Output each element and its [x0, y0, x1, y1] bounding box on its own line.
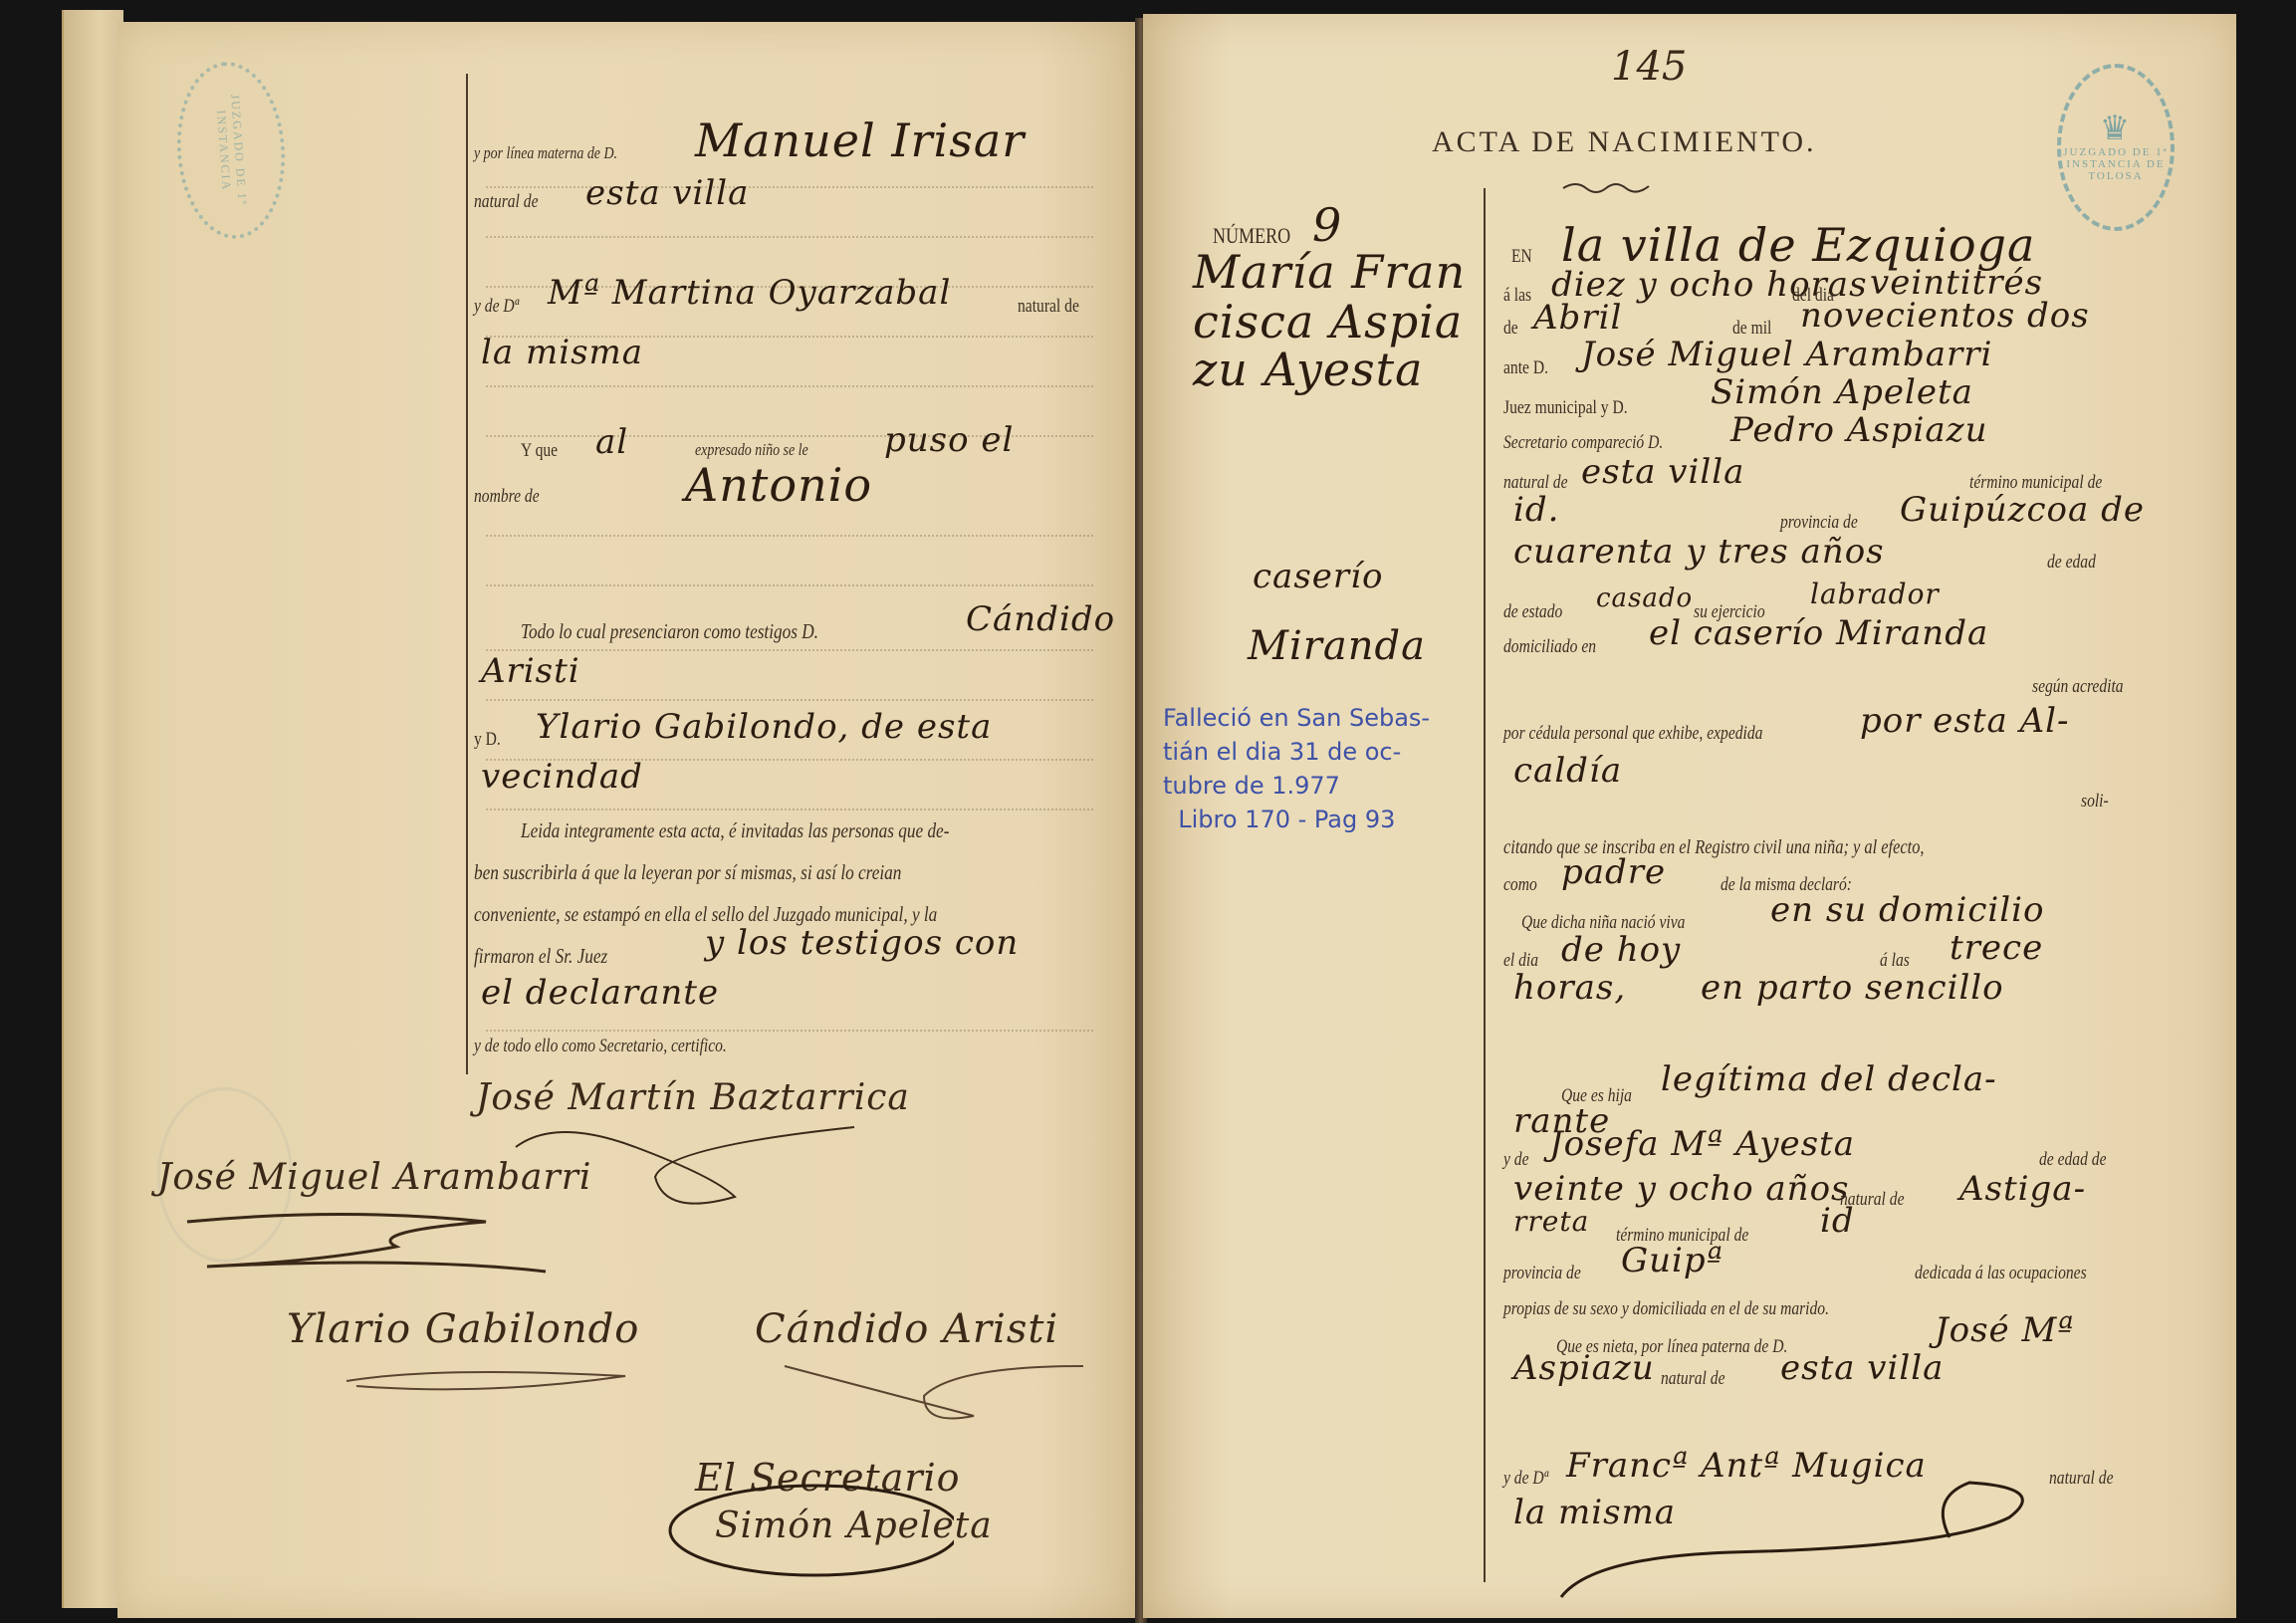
handwritten-entry: cuarenta y tres años: [1513, 532, 1885, 572]
handwritten-entry: Guipª: [1621, 1241, 1723, 1280]
handwritten-entry: al: [595, 422, 628, 462]
handwritten-entry: veinte y ocho años: [1513, 1169, 1849, 1209]
print-label: ante D.: [1503, 357, 1548, 379]
handwritten-entry: labrador: [1810, 578, 1940, 610]
signature-flourish: [337, 1361, 635, 1401]
handwritten-entry: esta villa: [585, 173, 749, 213]
handwritten-entry: la misma: [481, 333, 643, 372]
closing-paragraph-line: ben suscribirla á que la leyeran por sí …: [474, 860, 901, 885]
signature-flourish: [655, 1456, 954, 1585]
handwritten-entry: novecientos dos: [1800, 296, 2090, 336]
handwritten-entry: vecindad: [481, 757, 643, 797]
print-label: Secretario compareció D.: [1503, 432, 1663, 454]
print-label: natural de: [474, 191, 538, 213]
signature-judge: José Miguel Arambarri: [157, 1157, 591, 1198]
print-label: domiciliado en: [1503, 636, 1596, 658]
print-label: dedicada á las ocupaciones: [1915, 1263, 2087, 1284]
rule: [486, 584, 1093, 586]
handwritten-entry: Cándido: [966, 599, 1115, 639]
print-label: expresado niño se le: [695, 440, 808, 460]
registrant-name-line: María Fran: [1193, 245, 1466, 299]
print-label: y de: [1503, 1149, 1529, 1171]
handwritten-entry: por esta Al-: [1860, 701, 2070, 741]
print-label: de estado: [1503, 601, 1562, 623]
handwritten-entry: rreta: [1513, 1205, 1589, 1238]
print-label: de edad de: [2039, 1149, 2106, 1171]
handwritten-entry: Mª Martina Oyarzabal: [548, 273, 951, 313]
handwritten-entry: casado: [1596, 583, 1693, 613]
print-label: y por línea materna de D.: [474, 143, 617, 163]
right-page: 145 ACTA DE NACIMIENTO. ♛ JUZGADO DE 1ª …: [1143, 14, 2236, 1618]
margin-place-line: caserío: [1253, 557, 1383, 596]
handwritten-entry: caldía: [1513, 751, 1622, 791]
handwritten-entry: id.: [1513, 490, 1559, 530]
handwritten-entry: esta villa: [1581, 452, 1744, 492]
handwritten-entry: Ylario Gabilondo, de esta: [536, 707, 992, 747]
print-label: Todo lo cual presenciaron como testigos …: [521, 619, 818, 644]
page-stack-edge: [62, 10, 123, 1608]
court-stamp-tolosa: ♛ JUZGADO DE 1ª INSTANCIA DE TOLOSA: [2057, 64, 2175, 231]
print-label: y de Dª: [474, 296, 519, 318]
print-label: EN: [1511, 246, 1532, 268]
print-label: y D.: [474, 729, 501, 751]
handwritten-entry: puso el: [884, 420, 1014, 460]
handwritten-entry: José Mª: [1935, 1310, 2074, 1350]
rule: [486, 186, 1093, 188]
print-label: por cédula personal que exhibe, expedida: [1503, 723, 1762, 745]
print-label: natural de: [1661, 1368, 1724, 1390]
handwritten-entry: el declarante: [481, 973, 719, 1013]
numero-value: 9: [1312, 198, 1342, 252]
closing-paragraph-line: Leida integramente esta acta, é invitada…: [521, 818, 949, 843]
rule: [486, 535, 1093, 537]
rule: [486, 699, 1093, 701]
print-label: provincia de: [1503, 1263, 1581, 1284]
handwritten-entry: en parto sencillo: [1701, 968, 2004, 1008]
print-label: como: [1503, 874, 1537, 896]
left-column-rule: [466, 74, 468, 1074]
print-label: según acredita: [2032, 676, 2124, 698]
crown-icon: ♛: [2061, 113, 2171, 146]
handwritten-entry: padre: [1561, 852, 1666, 892]
rule: [486, 1030, 1093, 1032]
death-annotation: Falleció en San Sebas- tián el dia 31 de…: [1163, 701, 1430, 836]
print-label: firmaron el Sr. Juez: [474, 944, 607, 969]
print-label: nombre de: [474, 486, 540, 508]
page-number: 145: [1611, 44, 1687, 90]
court-stamp-faded: JUZGADO DE 1ª INSTANCIA: [171, 58, 291, 242]
right-column-rule: [1484, 188, 1486, 1582]
registrant-name-line: cisca Aspia: [1193, 295, 1463, 348]
print-label: á las: [1503, 285, 1531, 307]
signature-flourish: [775, 1356, 1093, 1426]
title-ornament: [1561, 178, 1651, 198]
handwritten-entry: legítima del decla-: [1661, 1059, 1997, 1099]
print-label: Juez municipal y D.: [1503, 397, 1628, 419]
handwritten-entry: de hoy: [1561, 930, 1681, 970]
registrant-name-line: zu Ayesta: [1193, 343, 1424, 396]
handwritten-entry: el caserío Miranda: [1649, 613, 1988, 653]
handwritten-entry: en su domicilio: [1770, 890, 2044, 930]
rule: [486, 236, 1093, 238]
certification-line: y de todo ello como Secretario, certific…: [474, 1036, 727, 1057]
print-label: natural de: [1018, 296, 1079, 318]
handwritten-entry: Aspiazu: [1513, 1348, 1655, 1388]
signature-flourish: [167, 1202, 585, 1281]
rule: [486, 809, 1093, 811]
handwritten-entry: Pedro Aspiazu: [1730, 410, 1988, 450]
signature-witness: Ylario Gabilondo: [287, 1306, 639, 1352]
left-page: JUZGADO DE 1ª INSTANCIA y por línea mate…: [117, 22, 1138, 1618]
handwritten-entry: y los testigos con: [705, 923, 1019, 963]
print-label: provincia de: [1780, 512, 1858, 534]
handwritten-entry: Josefa Mª Ayesta: [1549, 1124, 1855, 1164]
document-title: ACTA DE NACIMIENTO.: [1432, 125, 1817, 159]
handwritten-entry: Manuel Irisar: [695, 114, 1025, 167]
open-register-book: JUZGADO DE 1ª INSTANCIA y por línea mate…: [0, 0, 2296, 1623]
signature-witness: Cándido Aristi: [755, 1306, 1058, 1352]
closing-flourish: [1531, 1478, 2129, 1617]
handwritten-entry: trece: [1950, 928, 2043, 968]
handwritten-entry: Abril: [1533, 298, 1622, 338]
print-label: soli-: [2081, 791, 2109, 812]
handwritten-entry: Simón Apeleta: [1711, 372, 1973, 412]
handwritten-entry: horas,: [1513, 968, 1626, 1008]
handwritten-entry: Antonio: [685, 458, 872, 512]
handwritten-entry: Aristi: [481, 651, 580, 691]
handwritten-entry: esta villa: [1780, 1348, 1944, 1388]
handwritten-entry: Guipúzcoa de: [1900, 490, 2145, 530]
print-label: de: [1503, 318, 1518, 340]
print-label: de edad: [2047, 552, 2096, 574]
margin-place-line: Miranda: [1248, 623, 1426, 669]
print-label: Y que: [521, 440, 558, 462]
print-label: propias de su sexo y domiciliada en el d…: [1503, 1298, 1829, 1320]
handwritten-entry: id: [1820, 1201, 1855, 1241]
handwritten-entry: Astiga-: [1959, 1169, 2086, 1209]
handwritten-entry: José Miguel Arambarri: [1581, 335, 1992, 374]
rule: [486, 385, 1093, 387]
